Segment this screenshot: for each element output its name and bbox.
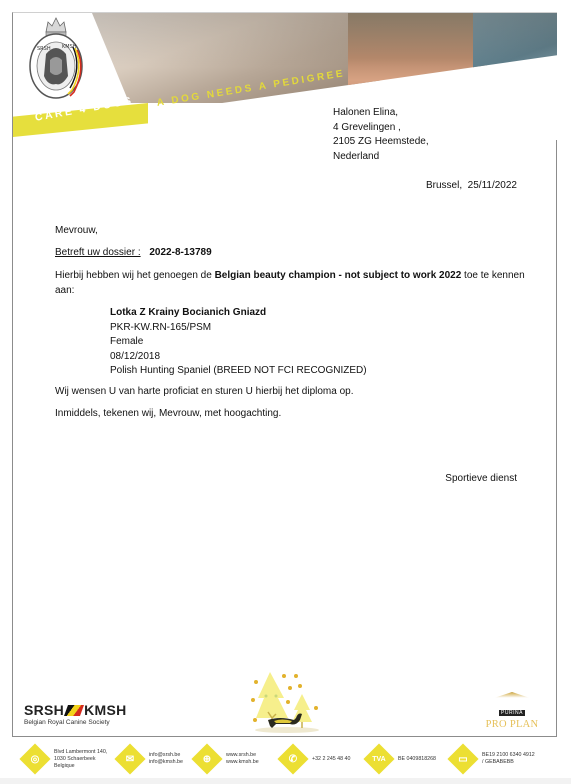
contact-bank: ▭ BE19 2100 6340 4912 / GEBABEBB — [446, 744, 535, 774]
contact-bar: ◎ Blvd Lambermont 140, 1030 Schaerbeek B… — [0, 744, 571, 774]
website-link[interactable]: www.srsh.be — [226, 752, 259, 759]
pro-plan-text: PRO PLAN — [482, 719, 542, 730]
contact-phone: ✆ +32 2 245 48 40 — [276, 744, 350, 774]
website-link[interactable]: www.kmsh.be — [226, 759, 259, 766]
purina-badge: PURINA — [499, 710, 525, 716]
belgian-flag-icon — [64, 705, 84, 716]
location-pin-icon: ◎ — [19, 743, 50, 774]
svg-text:KMSH: KMSH — [62, 44, 77, 50]
email-link[interactable]: info@srsh.be — [149, 752, 183, 759]
phone-number: +32 2 245 48 40 — [312, 756, 350, 763]
purina-pro-plan-logo: PURINA PRO PLAN — [482, 692, 542, 730]
page-frame-right-edge — [556, 140, 557, 737]
bank-bic: / GEBABEBB — [482, 759, 535, 766]
congratulations-paragraph: Wij wensen U van harte proficiat en stur… — [55, 386, 353, 397]
dog-breed: Polish Hunting Spaniel (BREED NOT FCI RE… — [110, 364, 367, 379]
kmsh-text: KMSH — [84, 702, 126, 718]
srsh-kmsh-crest-logo: SRSH KMSH — [24, 14, 88, 104]
dog-registration: PKR-KW.RN-165/PSM — [110, 321, 367, 336]
intro-text-before: Hierbij hebben wij het genoegen de — [55, 270, 215, 281]
dossier-label: Betreft uw dossier : — [55, 247, 141, 258]
address-line: Nederland — [333, 150, 429, 165]
closing-paragraph: Inmiddels, tekenen wij, Mevrouw, met hoo… — [55, 408, 281, 419]
address-line: 4 Grevelingen , — [333, 121, 429, 136]
society-subtitle: Belgian Royal Canine Society — [24, 719, 127, 726]
envelope-icon: ✉ — [114, 743, 145, 774]
dog-details: Lotka Z Krainy Bocianich Gniazd PKR-KW.R… — [110, 306, 367, 379]
vat-number: BE 0409818268 — [398, 756, 436, 763]
recipient-address: Halonen Elina, 4 Grevelingen , 2105 ZG H… — [333, 106, 429, 164]
place-and-date: Brussel, 25/11/2022 — [426, 180, 517, 191]
contact-email: ✉ info@srsh.be info@kmsh.be — [113, 744, 183, 774]
contact-line: 1030 Schaerbeek — [54, 756, 107, 763]
roof-icon — [485, 692, 539, 701]
address-line: Halonen Elina, — [333, 106, 429, 121]
contact-line: Belgique — [54, 763, 107, 770]
globe-icon: ⊕ — [191, 743, 222, 774]
contact-website: ⊕ www.srsh.be www.kmsh.be — [190, 744, 259, 774]
tva-icon: TVA — [363, 743, 394, 774]
salutation: Mevrouw, — [55, 225, 98, 236]
srsh-kmsh-wordmark: SRSH KMSH Belgian Royal Canine Society — [24, 702, 127, 726]
contact-vat: TVA BE 0409818268 — [362, 744, 436, 774]
contact-address: ◎ Blvd Lambermont 140, 1030 Schaerbeek B… — [18, 744, 107, 774]
dog-in-autumn-trees-illustration — [250, 668, 325, 734]
srsh-text: SRSH — [24, 702, 64, 718]
intro-paragraph: Hierbij hebben wij het genoegen de Belgi… — [55, 269, 525, 298]
email-link[interactable]: info@kmsh.be — [149, 759, 183, 766]
address-line: 2105 ZG Heemstede, — [333, 135, 429, 150]
dog-sex: Female — [110, 335, 367, 350]
signoff: Sportieve dienst — [445, 473, 517, 484]
dog-birth-date: 08/12/2018 — [110, 350, 367, 365]
bank-account: BE19 2100 6340 4912 — [482, 752, 535, 759]
dossier-reference: Betreft uw dossier : 2022-8-13789 — [55, 247, 212, 258]
bottom-strip — [0, 778, 571, 784]
phone-icon: ✆ — [277, 743, 308, 774]
award-title: Belgian beauty champion - not subject to… — [215, 270, 462, 281]
dog-name: Lotka Z Krainy Bocianich Gniazd — [110, 306, 367, 321]
credit-card-icon: ▭ — [447, 743, 478, 774]
dossier-number: 2022-8-13789 — [149, 247, 211, 258]
svg-text:SRSH: SRSH — [37, 46, 51, 52]
contact-line: Blvd Lambermont 140, — [54, 749, 107, 756]
